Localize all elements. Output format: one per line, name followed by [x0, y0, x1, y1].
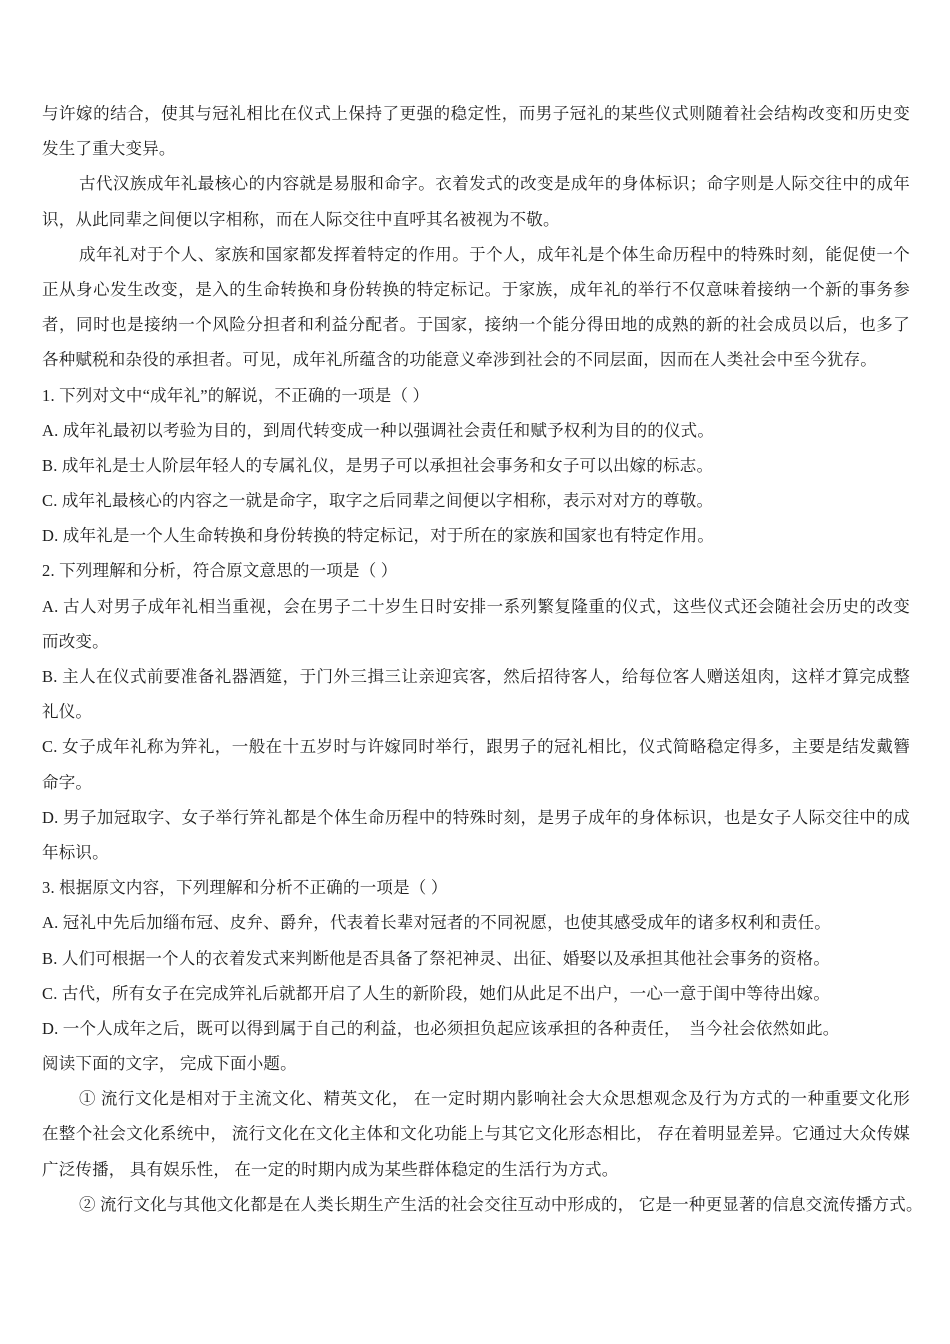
passage-line: 广泛传播， 具有娱乐性， 在一定的时期内成为某些群体稳定的生活行为方式。 — [42, 1152, 910, 1187]
question-1: 1. 下列对文中“成年礼”的解说，不正确的一项是（ ） A. 成年礼最初以考验为… — [42, 378, 910, 554]
reading-instruction: 阅读下面的文字， 完成下面小题。 — [42, 1046, 910, 1081]
passage1-paragraph-continuation: 与许嫁的结合，使其与冠礼相比在仪式上保持了更强的稳定性，而男子冠礼的某些仪式则随… — [42, 96, 910, 166]
question-3-option-a: A. 冠礼中先后加缁布冠、皮弁、爵弁，代表着长辈对冠者的不同祝愿，也使其感受成年… — [42, 905, 910, 940]
question-2-option-d-cont: 年标识。 — [42, 835, 910, 870]
question-1-stem: 1. 下列对文中“成年礼”的解说，不正确的一项是（ ） — [42, 378, 910, 413]
passage-line: 各种赋税和杂役的承担者。可见，成年礼所蕴含的功能意义牵涉到社会的不同层面，因而在… — [42, 342, 910, 377]
passage-line: 在整个社会文化系统中， 流行文化在文化主体和文化功能上与其它文化形态相比， 存在… — [42, 1116, 910, 1151]
passage2-paragraph-2: ② 流行文化与其他文化都是在人类长期生产生活的社会交往互动中形成的， 它是一种更… — [42, 1187, 910, 1222]
question-3: 3. 根据原文内容，下列理解和分析不正确的一项是（ ） A. 冠礼中先后加缁布冠… — [42, 870, 910, 1046]
passage-line: 正从身心发生改变，是入的生命转换和身份转换的特定标记。于家族，成年礼的举行不仅意… — [42, 272, 910, 307]
passage-line: ② 流行文化与其他文化都是在人类长期生产生活的社会交往互动中形成的， 它是一种更… — [42, 1187, 910, 1222]
passage-line: 与许嫁的结合，使其与冠礼相比在仪式上保持了更强的稳定性，而男子冠礼的某些仪式则随… — [42, 96, 910, 131]
question-2: 2. 下列理解和分析，符合原文意思的一项是（ ） A. 古人对男子成年礼相当重视… — [42, 553, 910, 870]
passage-line: 古代汉族成年礼最核心的内容就是易服和命字。衣着发式的改变是成年的身体标识；命字则… — [42, 166, 910, 201]
passage1-paragraph-yifu-mingzi: 古代汉族成年礼最核心的内容就是易服和命字。衣着发式的改变是成年的身体标识；命字则… — [42, 166, 910, 236]
question-3-option-b: B. 人们可根据一个人的衣着发式来判断他是否具备了祭祀神灵、出征、婚娶以及承担其… — [42, 941, 910, 976]
passage2-paragraph-1: ① 流行文化是相对于主流文化、精英文化， 在一定时期内影响社会大众思想观念及行为… — [42, 1081, 910, 1187]
question-1-option-a: A. 成年礼最初以考验为目的，到周代转变成一种以强调社会责任和赋予权利为目的的仪… — [42, 413, 910, 448]
passage-line: 发生了重大变异。 — [42, 131, 910, 166]
passage1-paragraph-functions: 成年礼对于个人、家族和国家都发挥着特定的作用。于个人，成年礼是个体生命历程中的特… — [42, 237, 910, 378]
passage-line: ① 流行文化是相对于主流文化、精英文化， 在一定时期内影响社会大众思想观念及行为… — [42, 1081, 910, 1116]
question-2-stem: 2. 下列理解和分析，符合原文意思的一项是（ ） — [42, 553, 910, 588]
passage-line: 者，同时也是接纳一个风险分担者和利益分配者。于国家，接纳一个能分得田地的成熟的新… — [42, 307, 910, 342]
question-2-option-a: A. 古人对男子成年礼相当重视，会在男子二十岁生日时安排一系列繁复隆重的仪式，这… — [42, 589, 910, 624]
question-1-option-d: D. 成年礼是一个人生命转换和身份转换的特定标记，对于所在的家族和国家也有特定作… — [42, 518, 910, 553]
question-2-option-a-cont: 而改变。 — [42, 624, 910, 659]
question-3-stem: 3. 根据原文内容，下列理解和分析不正确的一项是（ ） — [42, 870, 910, 905]
question-2-option-b-cont: 礼仪。 — [42, 694, 910, 729]
question-1-option-b: B. 成年礼是士人阶层年轻人的专属礼仪，是男子可以承担社会事务和女子可以出嫁的标… — [42, 448, 910, 483]
question-2-option-d: D. 男子加冠取字、女子举行笄礼都是个体生命历程中的特殊时刻，是男子成年的身体标… — [42, 800, 910, 835]
passage-line: 成年礼对于个人、家族和国家都发挥着特定的作用。于个人，成年礼是个体生命历程中的特… — [42, 237, 910, 272]
question-3-option-c: C. 古代，所有女子在完成笄礼后就都开启了人生的新阶段，她们从此足不出户，一心一… — [42, 976, 910, 1011]
exam-document: 与许嫁的结合，使其与冠礼相比在仪式上保持了更强的稳定性，而男子冠礼的某些仪式则随… — [42, 96, 910, 1222]
question-1-option-c: C. 成年礼最核心的内容之一就是命字，取字之后同辈之间便以字相称，表示对对方的尊… — [42, 483, 910, 518]
question-2-option-c: C. 女子成年礼称为笄礼，一般在十五岁时与许嫁同时举行，跟男子的冠礼相比，仪式简… — [42, 729, 910, 764]
question-2-option-b: B. 主人在仪式前要准备礼器酒筵，于门外三揖三让亲迎宾客，然后招待客人，给每位客… — [42, 659, 910, 694]
question-2-option-c-cont: 命字。 — [42, 765, 910, 800]
passage-line: 识，从此同辈之间便以字相称，而在人际交往中直呼其名被视为不敬。 — [42, 202, 910, 237]
question-3-option-d: D. 一个人成年之后，既可以得到属于自己的利益，也必须担负起应该承担的各种责任，… — [42, 1011, 910, 1046]
